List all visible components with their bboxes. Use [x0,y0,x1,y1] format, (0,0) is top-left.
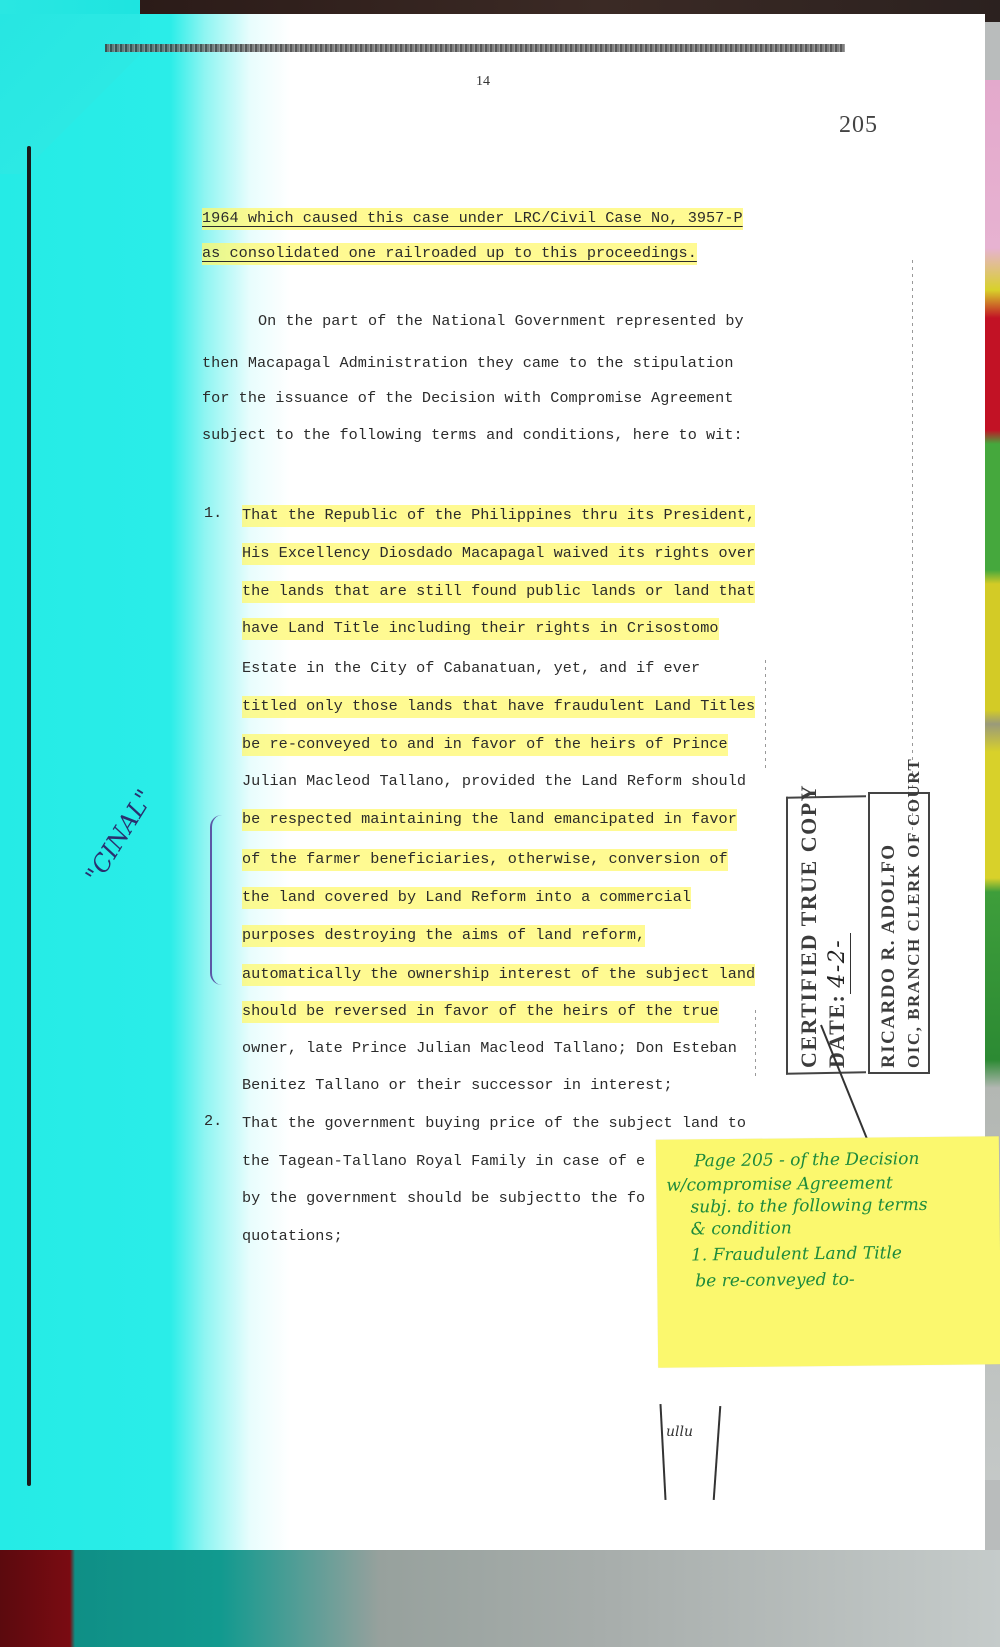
item-line: by the government should be subjectto th… [242,1191,645,1206]
list-number: 2. [204,1112,222,1130]
binding-edge [27,146,31,1486]
page-number: 205 [839,112,878,139]
item-line: purposes destroying the aims of land ref… [242,928,645,943]
item-line: Benitez Tallano or their successor in in… [242,1078,673,1093]
body-line: subject to the following terms and condi… [202,428,743,443]
stamp-date-value: 4-2- [825,933,851,994]
item-line: should be reversed in favor of the heirs… [242,1004,719,1019]
folded-corner [0,14,140,174]
item-line: the lands that are still found public la… [242,584,755,599]
body-line: then Macapagal Administration they came … [202,356,734,371]
dotted-guide [912,260,913,840]
sticky-note-line: 1. Fraudulent Land Title [691,1243,902,1265]
item-line: automatically the ownership interest of … [242,967,755,982]
item-line: the land covered by Land Reform into a c… [242,890,691,905]
item-line: titled only those lands that have fraudu… [242,699,755,714]
signature: ullu [660,1404,740,1504]
item-line: of the farmer beneficiaries, otherwise, … [242,852,728,867]
item-line: have Land Title including their rights i… [242,621,719,636]
certified-true-copy-stamp: CERTIFIED TRUE COPY DATE:4-2- RICARDO R.… [786,796,934,1076]
body-line: On the part of the National Government r… [258,314,744,329]
sticky-note-line: w/compromise Agreement [666,1173,893,1195]
list-number: 1. [204,504,222,522]
body-line: as consolidated one railroaded up to thi… [202,246,697,261]
sticky-note-line: Page 205 - of the Decision [694,1149,920,1171]
stamp-signatory-title: OIC, BRANCH CLERK OF COURT [904,758,924,1068]
item-line: owner, late Prince Julian Macleod Tallan… [242,1041,737,1056]
dotted-guide [755,1010,756,1080]
body-line: 1964 which caused this case under LRC/Ci… [202,211,743,226]
stamp-date: DATE:4-2- [824,933,850,1068]
body-line: for the issuance of the Decision with Co… [202,391,734,406]
scan-artifact-strip [105,44,845,52]
dotted-guide [765,660,766,770]
item-line: Estate in the City of Cabanatuan, yet, a… [242,661,700,676]
stamp-title: CERTIFIED TRUE COPY [796,784,822,1068]
item-line: be re-conveyed to and in favor of the he… [242,737,728,752]
header-page-number: 14 [476,74,490,90]
handwritten-bracket [210,815,224,985]
item-line: That the government buying price of the … [242,1116,746,1131]
sticky-note-line: be re-conveyed to- [695,1270,855,1292]
item-line: be respected maintaining the land emanci… [242,812,737,827]
scanner-bed-bottom [0,1550,1000,1647]
item-line: the Tagean-Tallano Royal Family in case … [242,1154,645,1169]
item-line: His Excellency Diosdado Macapagal waived… [242,546,755,561]
item-line: Julian Macleod Tallano, provided the Lan… [242,774,746,789]
sticky-note-line: subj. to the following terms [690,1195,927,1217]
item-line: quotations; [242,1229,343,1244]
stamp-signatory-name: RICARDO R. ADOLFO [878,844,900,1068]
item-line: That the Republic of the Philippines thr… [242,508,755,523]
sticky-note: Page 205 - of the Decision w/compromise … [656,1136,1000,1368]
sticky-note-line: & condition [691,1218,792,1239]
